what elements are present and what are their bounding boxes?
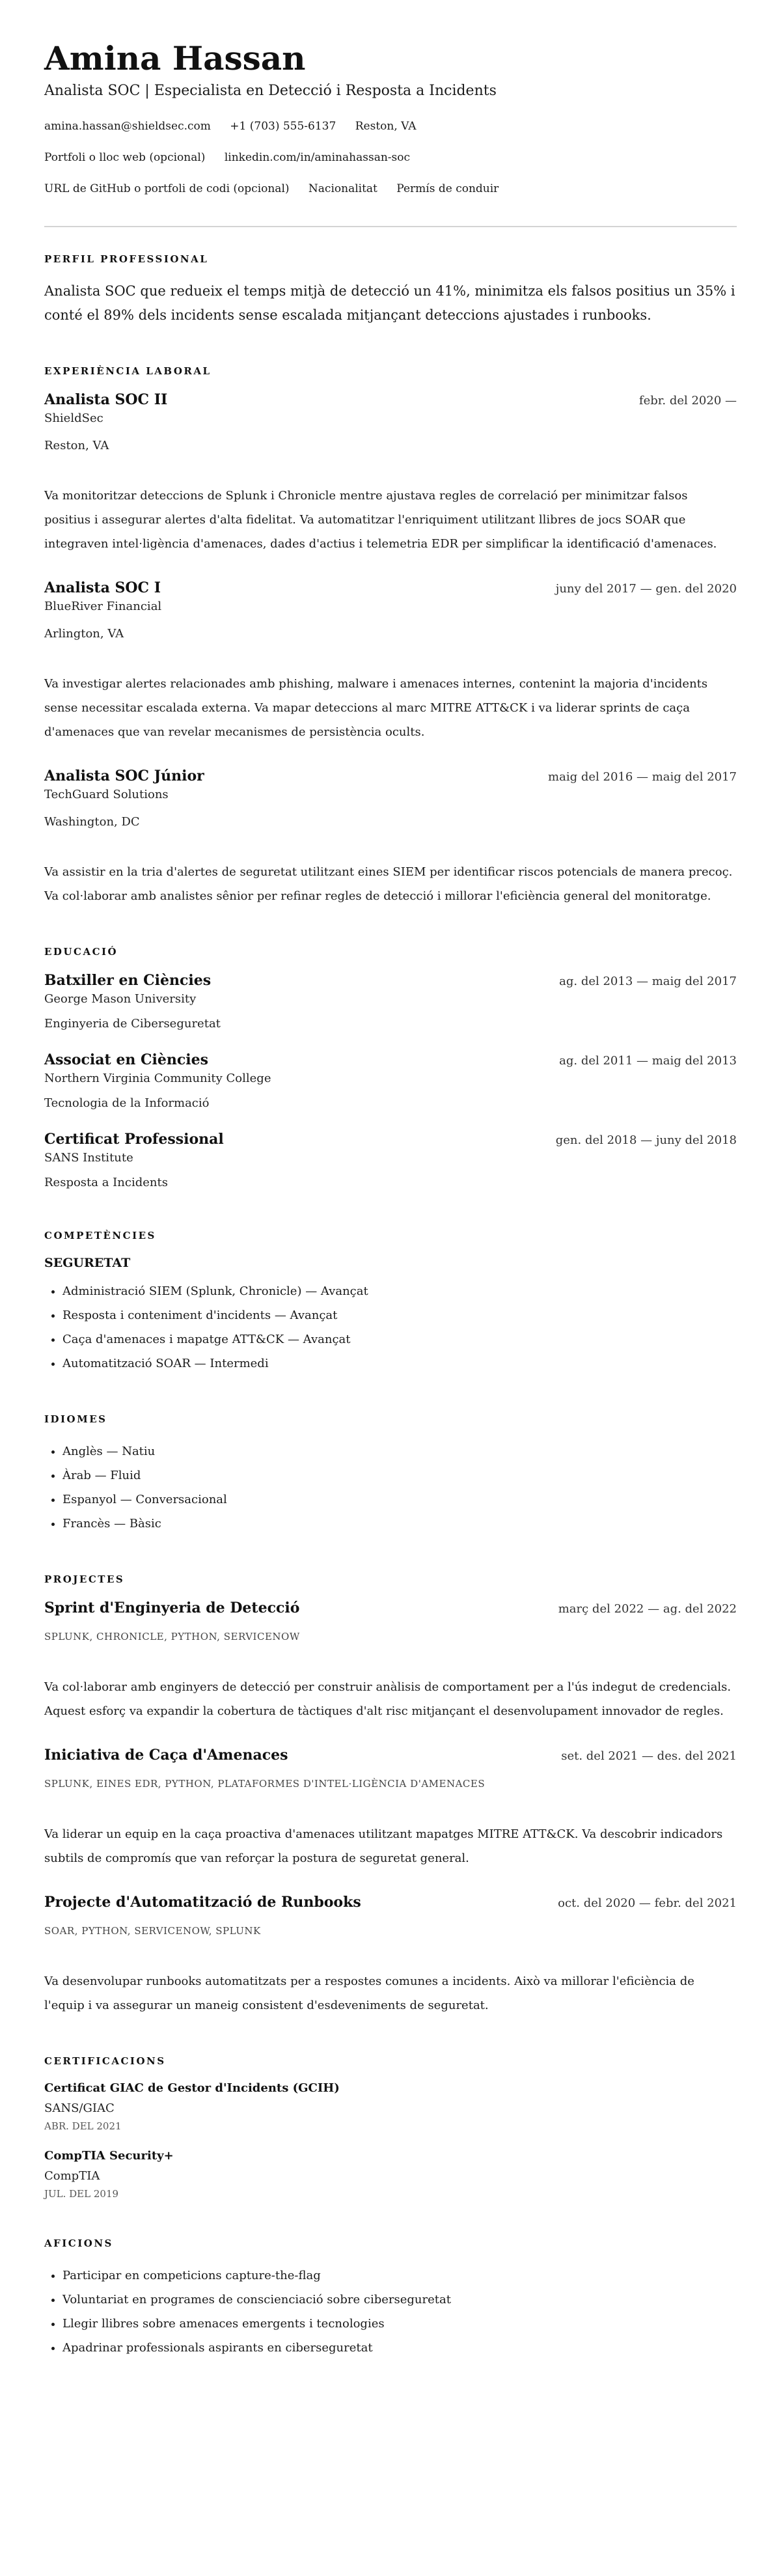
summary-text: Analista SOC que redueix el temps mitjà … [44,279,737,327]
skill-item: Resposta i conteniment d'incidents — Ava… [62,1303,737,1327]
location: Reston, VA [355,120,417,133]
language-item: Àrab — Fluid [62,1463,737,1488]
languages-list: Anglès — NatiuÀrab — FluidEspanyol — Con… [44,1439,737,1536]
summary-section: Perfil professional Analista SOC que red… [44,253,737,327]
education-dates: gen. del 2018 — juny del 2018 [556,1133,737,1147]
company-name: ShieldSec [44,409,737,428]
hobby-item: Participar en competicions capture-the-f… [62,2264,737,2288]
project-description: Va col·laborar amb enginyers de detecció… [44,1675,737,1723]
entry-header: Analista SOC Júniormaig del 2016 — maig … [44,768,737,784]
experience-entry: Analista SOC Júniormaig del 2016 — maig … [44,768,737,908]
experience-entry: Analista SOC Ijuny del 2017 — gen. del 2… [44,579,737,744]
certification-date: abr. del 2021 [44,2120,737,2132]
hobbies-list: Participar en competicions capture-the-f… [44,2264,737,2360]
project-description: Va liderar un equip en la caça proactiva… [44,1822,737,1870]
section-title: Aficions [44,2237,737,2249]
github-link[interactable]: URL de GitHub o portfoli de codi (opcion… [44,182,290,195]
hobby-item: Voluntariat en programes de conscienciac… [62,2288,737,2312]
section-title: Competències [44,1230,737,1241]
project-dates: set. del 2021 — des. del 2021 [561,1749,737,1763]
job-dates: juny del 2017 — gen. del 2020 [556,582,737,596]
job-location: Arlington, VA [44,625,737,643]
portfolio-link[interactable]: Portfoli o lloc web (opcional) [44,151,205,164]
linkedin-link[interactable]: linkedin.com/in/aminahassan-soc [225,151,410,164]
experience-entry: Analista SOC IIfebr. del 2020 —ShieldSec… [44,391,737,556]
education-entry: Associat en Ciènciesag. del 2011 — maig … [44,1051,737,1113]
entry-header: Projecte d'Automatització de Runbooksoct… [44,1894,737,1911]
entry-header: Iniciativa de Caça d'Amenacesset. del 20… [44,1747,737,1764]
languages-section: Idiomes Anglès — NatiuÀrab — FluidEspany… [44,1413,737,1536]
language-item: Anglès — Natiu [62,1439,737,1463]
section-title: Perfil professional [44,253,737,265]
certification-issuer: CompTIA [44,2169,737,2183]
job-description: Va investigar alertes relacionades amb p… [44,672,737,744]
education-entry: Certificat Professionalgen. del 2018 — j… [44,1131,737,1192]
job-location: Reston, VA [44,437,737,455]
experience-list: Analista SOC IIfebr. del 2020 —ShieldSec… [44,391,737,908]
contact-info: amina.hassan@shieldsec.com +1 (703) 555-… [44,118,737,197]
certification-date: jul. del 2019 [44,2188,737,2200]
candidate-name: Amina Hassan [44,39,737,78]
section-title: Projectes [44,1573,737,1585]
skill-item: Administració SIEM (Splunk, Chronicle) —… [62,1279,737,1303]
project-name: Sprint d'Enginyeria de Detecció [44,1600,299,1616]
contact-row: Portfoli o lloc web (opcional) linkedin.… [44,149,737,166]
project-entry: Iniciativa de Caça d'Amenacesset. del 20… [44,1747,737,1870]
project-tech-stack: Splunk, eines EDR, Python, plataformes d… [44,1778,737,1790]
job-title: Analista SOC I [44,579,161,596]
section-title: Educació [44,946,737,958]
project-tech-stack: SOAR, Python, ServiceNow, Splunk [44,1925,737,1937]
degree-title: Associat en Ciències [44,1051,208,1068]
job-description: Va assistir en la tria d'alertes de segu… [44,860,737,908]
resume-page: Amina Hassan Analista SOC | Especialista… [0,0,781,2450]
hobby-item: Llegir llibres sobre amenaces emergents … [62,2312,737,2336]
company-name: BlueRiver Financial [44,598,737,616]
project-entry: Projecte d'Automatització de Runbooksoct… [44,1894,737,2017]
skill-item: Caça d'amenaces i mapatge ATT&CK — Avanç… [62,1327,737,1351]
section-title: Idiomes [44,1413,737,1425]
certification-name: Certificat GIAC de Gestor d'Incidents (G… [44,2081,737,2095]
hobbies-section: Aficions Participar en competicions capt… [44,2237,737,2360]
degree-title: Batxiller en Ciències [44,972,211,989]
job-title: Analista SOC Júnior [44,768,204,784]
section-title: Experiència laboral [44,365,737,377]
education-list: Batxiller en Ciènciesag. del 2013 — maig… [44,972,737,1192]
certification-entry: CompTIA Security+CompTIAjul. del 2019 [44,2149,737,2200]
entry-header: Analista SOC Ijuny del 2017 — gen. del 2… [44,579,737,596]
education-section: Educació Batxiller en Ciènciesag. del 20… [44,946,737,1192]
experience-section: Experiència laboral Analista SOC IIfebr.… [44,365,737,908]
school-name: George Mason University [44,990,737,1008]
certifications-section: Certificacions Certificat GIAC de Gestor… [44,2055,737,2200]
nationality: Nacionalitat [308,182,377,195]
phone-number[interactable]: +1 (703) 555-6137 [230,120,336,133]
company-name: TechGuard Solutions [44,786,737,804]
section-title: Certificacions [44,2055,737,2067]
driving-license: Permís de conduir [396,182,499,195]
education-dates: ag. del 2013 — maig del 2017 [559,975,737,988]
entry-header: Associat en Ciènciesag. del 2011 — maig … [44,1051,737,1068]
entry-header: Analista SOC IIfebr. del 2020 — [44,391,737,408]
certifications-list: Certificat GIAC de Gestor d'Incidents (G… [44,2081,737,2200]
field-of-study: Resposta a Incidents [44,1174,737,1192]
job-title: Analista SOC II [44,391,167,408]
skills-section: Competències Seguretat Administració SIE… [44,1230,737,1376]
entry-header: Sprint d'Enginyeria de Detecciómarç del … [44,1600,737,1616]
project-dates: març del 2022 — ag. del 2022 [558,1602,737,1616]
project-description: Va desenvolupar runbooks automatitzats p… [44,1969,737,2017]
email-link[interactable]: amina.hassan@shieldsec.com [44,120,211,133]
project-name: Projecte d'Automatització de Runbooks [44,1894,361,1911]
field-of-study: Tecnologia de la Informació [44,1094,737,1113]
education-dates: ag. del 2011 — maig del 2013 [559,1054,737,1068]
entry-header: Batxiller en Ciènciesag. del 2013 — maig… [44,972,737,989]
entry-header: Certificat Professionalgen. del 2018 — j… [44,1131,737,1148]
resume-header: Amina Hassan Analista SOC | Especialista… [44,39,737,197]
project-dates: oct. del 2020 — febr. del 2021 [558,1896,737,1910]
candidate-headline: Analista SOC | Especialista en Detecció … [44,82,737,101]
job-dates: febr. del 2020 — [639,394,737,408]
skill-item: Automatització SOAR — Intermedi [62,1351,737,1376]
project-tech-stack: Splunk, Chronicle, Python, ServiceNow [44,1631,737,1642]
projects-section: Projectes Sprint d'Enginyeria de Detecci… [44,1573,737,2017]
job-location: Washington, DC [44,813,737,831]
school-name: SANS Institute [44,1149,737,1167]
job-dates: maig del 2016 — maig del 2017 [548,770,737,784]
language-item: Francès — Bàsic [62,1512,737,1536]
header-divider [44,226,737,227]
hobby-item: Apadrinar professionals aspirants en cib… [62,2336,737,2360]
certification-name: CompTIA Security+ [44,2149,737,2163]
contact-row: amina.hassan@shieldsec.com +1 (703) 555-… [44,118,737,135]
school-name: Northern Virginia Community College [44,1070,737,1088]
certification-entry: Certificat GIAC de Gestor d'Incidents (G… [44,2081,737,2132]
skills-group-title: Seguretat [44,1256,737,1270]
education-entry: Batxiller en Ciènciesag. del 2013 — maig… [44,972,737,1033]
language-item: Espanyol — Conversacional [62,1488,737,1512]
contact-row: URL de GitHub o portfoli de codi (opcion… [44,180,737,197]
job-description: Va monitoritzar deteccions de Splunk i C… [44,484,737,556]
project-name: Iniciativa de Caça d'Amenaces [44,1747,288,1764]
certification-issuer: SANS/GIAC [44,2101,737,2115]
projects-list: Sprint d'Enginyeria de Detecciómarç del … [44,1600,737,2017]
degree-title: Certificat Professional [44,1131,224,1148]
project-entry: Sprint d'Enginyeria de Detecciómarç del … [44,1600,737,1723]
skills-list: Administració SIEM (Splunk, Chronicle) —… [44,1279,737,1376]
field-of-study: Enginyeria de Ciberseguretat [44,1015,737,1033]
